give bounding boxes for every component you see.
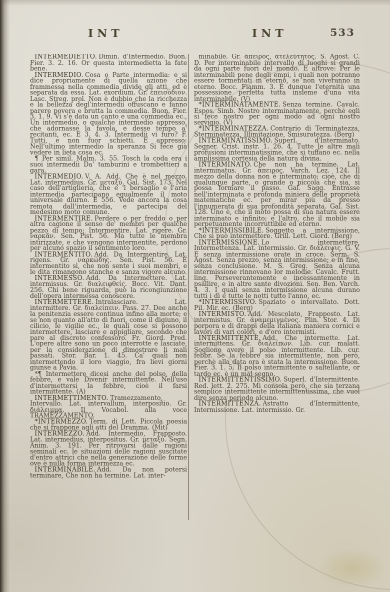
entry-body: Lo intermettere, Intermettenza. Lat. int… [194,238,360,299]
page-top-shadow [0,0,390,6]
paper-stain [318,548,388,588]
running-header: INT INT 533 [0,27,390,43]
dictionary-entry: INTERMISTO.Add. Mescolato, Frapposto. La… [194,311,360,335]
entry-body: Cosa o Parte intermedia: e si dice propr… [30,71,187,156]
dictionary-entry: ¶ Per simil. Malm. 3. 55. Tosch la coda … [30,156,187,174]
entry-body: *¶ Intermettere dicesi anche del polso, … [30,370,187,395]
entry-body: ¶ Per simil. Malm. 3. 55. Tosch la coda … [30,155,187,174]
entry-body: Che non ha termine. Lat. interminatus. G… [194,161,360,228]
entry-body: Add. Che intermette. Lat. intermittens. … [194,334,360,377]
dictionary-entry: INTERMINATO.Che non ha termine. Lat. int… [194,162,360,228]
dictionary-entry: INTERMINATISSIMO.Superl. d'Interminato. … [194,138,360,162]
dictionary-entry: INTERMEDIETTO.Dimin. d'Intermedio. Buon.… [30,54,187,72]
running-title-right: INT [252,27,287,40]
dictionary-entry: INTERMETTERE.Intralasciare. Lat. intermi… [30,299,187,371]
dictionary-entry: INTERMENTITO.Add. Da Intermentire. Lat. … [30,251,187,275]
entry-body: Perdere o per freddo o per altra cagione… [30,214,187,251]
dictionary-entry: INTERMINABILE.Add. Da non potersi termin… [30,467,187,479]
left-column-text: INTERMEDIETTO.Dimin. d'Intermedio. Buon.… [30,54,187,479]
dictionary-entry: INTERMEDIO.Cosa o Parte intermedia: e si… [30,72,187,156]
entry-body: Add. Intermedio, Frapposto. Lat. interme… [30,430,187,467]
dictionary-entry: INTERMISSIONE.Lo intermettere, Intermett… [194,239,360,299]
dictionary-entry: INTERMEDIO.V. A. Add. Che è nel mezzo. L… [30,174,187,216]
dictionary-entry: INTERMENTIRE.Perdere o per freddo o per … [30,215,187,251]
dictionary-entry: INTERMETTIMENTO.Tramezzamento, Intervall… [30,395,187,419]
entry-body: V. A. Add. Che è nel mezzo. Lat. interme… [30,173,187,216]
entry-body: minabile. Gr. ἄπειρος, ἀτελεύτητος. S. A… [194,54,360,102]
dictionary-entry: INTERMITTENZA.Astratto d'Intermittente, … [194,401,360,413]
dictionary-entry: *¶ Intermettere dicesi anche del polso, … [30,371,187,395]
dictionary-entry: minabile. Gr. ἄπειρος, ἀτελεύτητος. S. A… [194,54,360,102]
right-column: minabile. Gr. ἄπειρος, ἀτελεύτητος. S. A… [194,54,360,522]
dictionary-entry: *INTERMINATAMENTE.Senza termine. Cavalc.… [194,102,360,126]
right-column-text: minabile. Gr. ἄπειρος, ἀτελεύτητος. S. A… [194,54,360,413]
entry-body: Intralasciare. Lat. intermittere. Gr. δι… [30,298,187,371]
dictionary-entry: INTERMITTENTE.Add. Che intermette. Lat. … [194,335,360,377]
dictionary-entry: INTERMESSO.Add. Da Intermettere. Lat. in… [30,275,187,299]
page-edge-shadow [0,0,10,592]
left-column: INTERMEDIETTO.Dimin. d'Intermedio. Buon.… [30,54,187,522]
dictionary-entry: INTERMEZZO.Add. Intermedio, Frapposto. L… [30,431,187,467]
dictionary-entry: INTERMITTENTISSIMO.Superl. d'Intermitten… [194,377,360,401]
column-divider-rule [188,54,189,520]
page-number: 533 [330,27,355,39]
scanned-book-page: INT INT 533 INTERMEDIETTO.Dimin. d'Inter… [0,0,390,592]
running-title-left: INT [88,27,123,40]
